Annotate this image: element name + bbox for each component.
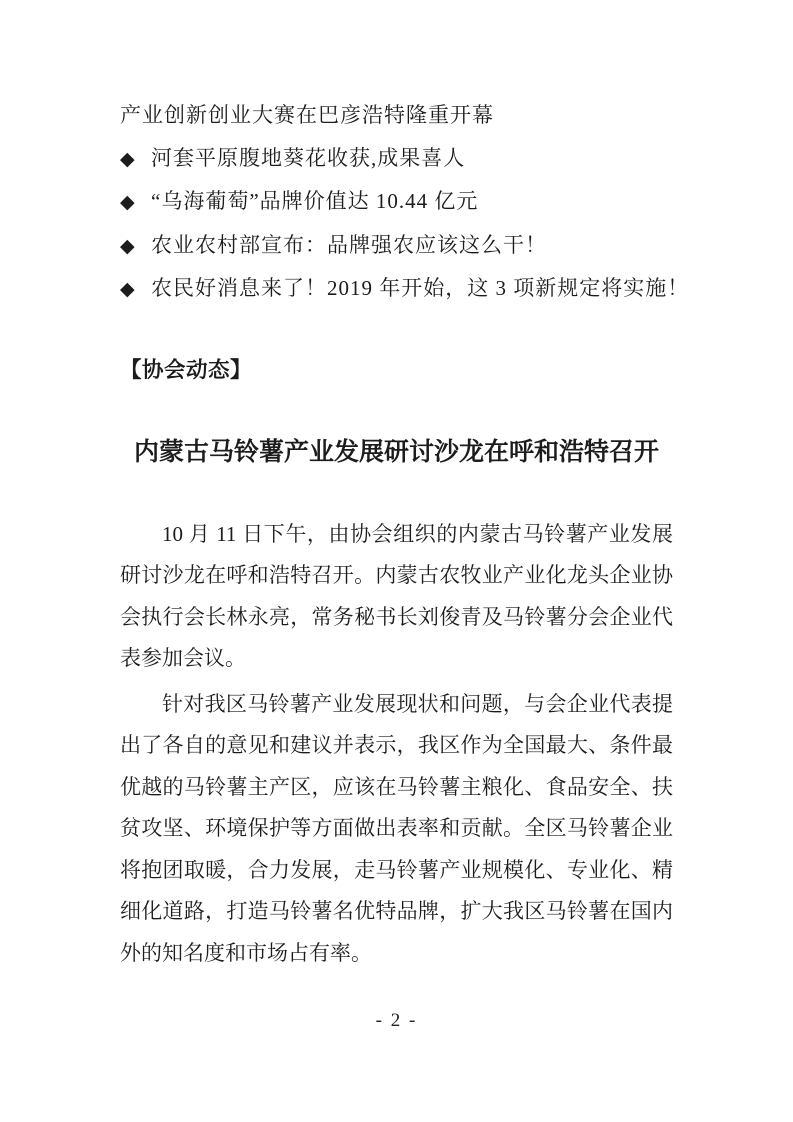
diamond-bullet-icon: ◆ <box>120 225 151 268</box>
article-paragraph: 针对我区马铃薯产业发展现状和问题，与会企业代表提出了各自的意见和建议并表示，我区… <box>120 684 673 975</box>
headline-text: 农业农村部宣布：品牌强农应该这么干！ <box>151 233 547 257</box>
article-title: 内蒙古马铃薯产业发展研讨沙龙在呼和浩特召开 <box>120 432 673 475</box>
headline-item: ◆河套平原腹地葵花收获,成果喜人 <box>120 137 673 181</box>
headline-digest: 产业创新创业大赛在巴彦浩特隆重开幕 ◆河套平原腹地葵花收获,成果喜人 ◆“乌海葡… <box>120 94 673 311</box>
headline-continuation-line: 产业创新创业大赛在巴彦浩特隆重开幕 <box>120 94 673 137</box>
headline-text: “乌海葡萄”品牌价值达 10.44 亿元 <box>151 189 478 213</box>
headline-text: 农民好消息来了！2019 年开始，这 3 项新规定将实施！ <box>151 276 689 300</box>
headline-item: ◆“乌海葡萄”品牌价值达 10.44 亿元 <box>120 180 673 224</box>
headline-item: ◆农业农村部宣布：品牌强农应该这么干！ <box>120 224 673 268</box>
diamond-bullet-icon: ◆ <box>120 268 151 311</box>
headline-text: 河套平原腹地葵花收获,成果喜人 <box>151 146 465 170</box>
article-paragraph: 10 月 11 日下午，由协会组织的内蒙古马铃薯产业发展研讨沙龙在呼和浩特召开。… <box>120 514 673 680</box>
diamond-bullet-icon: ◆ <box>120 181 151 224</box>
section-header: 【协会动态】 <box>120 349 673 392</box>
document-page: 产业创新创业大赛在巴彦浩特隆重开幕 ◆河套平原腹地葵花收获,成果喜人 ◆“乌海葡… <box>0 0 793 1122</box>
headline-item: ◆农民好消息来了！2019 年开始，这 3 项新规定将实施！ <box>120 267 673 311</box>
diamond-bullet-icon: ◆ <box>120 138 151 181</box>
page-content: 产业创新创业大赛在巴彦浩特隆重开幕 ◆河套平原腹地葵花收获,成果喜人 ◆“乌海葡… <box>0 0 793 974</box>
page-number: - 2 - <box>0 1010 793 1032</box>
